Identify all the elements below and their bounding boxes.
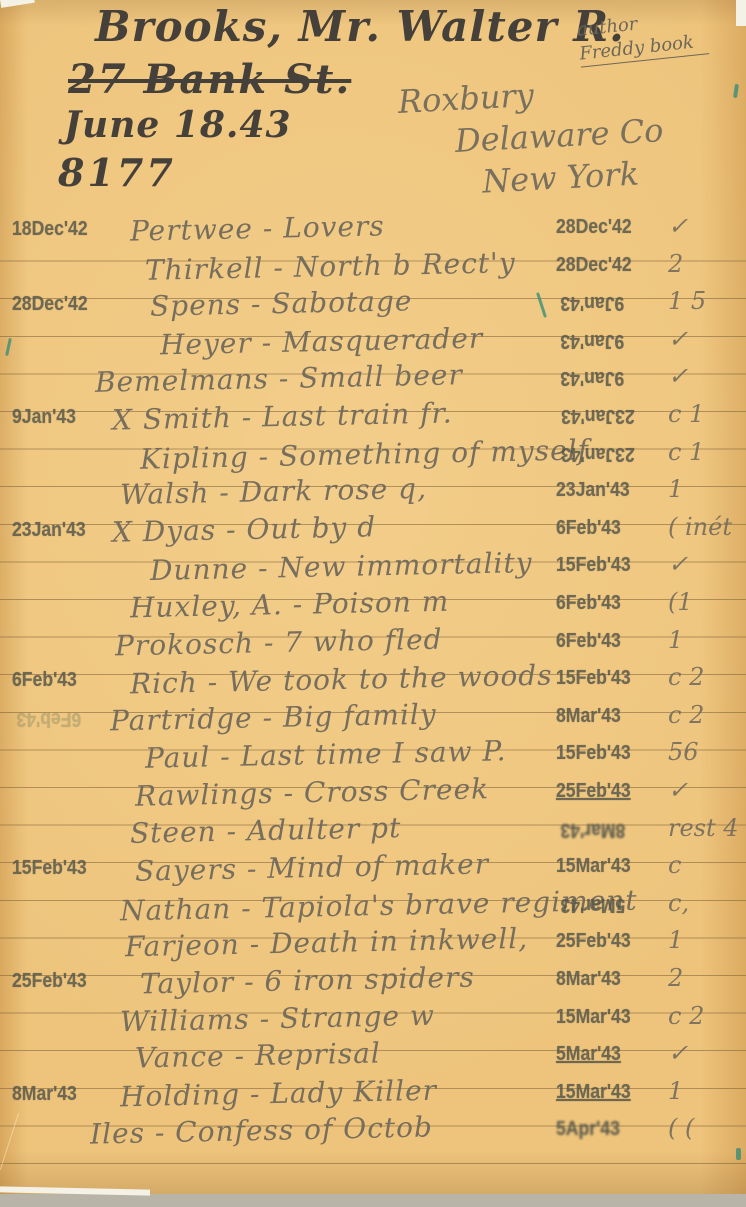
pencil-tick: c 2: [668, 663, 704, 691]
return-date-stamp: 15Mar'43: [556, 1081, 631, 1104]
loan-entry-text: Holding - Lady Killer: [120, 1073, 438, 1113]
checkout-date-stamp: 6Feb'43: [12, 669, 77, 692]
loan-entry-text: Taylor - 6 iron spiders: [140, 960, 475, 1000]
loan-entry-text: Huxley, A. - Poison m: [130, 585, 450, 625]
checkout-date-stamp: 25Feb'43: [12, 970, 87, 993]
return-date-stamp: 5Apr'43: [556, 1118, 620, 1141]
checkout-date-stamp: 6Feb'43: [16, 707, 81, 730]
return-date-stamp: 5Mar'43: [556, 1043, 621, 1066]
return-date-stamp: 15Feb'43: [556, 554, 631, 577]
return-date-stamp: 9Jan'43: [560, 329, 624, 352]
borrower-name: Brooks, Mr. Walter R.: [95, 2, 625, 51]
return-date-stamp: 8Mar'43: [556, 705, 621, 728]
return-date-stamp: 9Jan'43: [560, 291, 624, 314]
return-date-stamp: 6Feb'43: [556, 517, 621, 540]
loan-entry-text: Pertwee - Lovers: [130, 209, 385, 247]
loan-entry-text: Iles - Confess of Octob: [90, 1111, 434, 1151]
loan-entry-text: Farjeon - Death in inkwell,: [125, 922, 529, 963]
return-date-stamp: 5Mar'43: [560, 893, 625, 916]
loan-entry-text: Dunne - New immortality: [150, 546, 533, 587]
residence-state: New York: [481, 151, 666, 203]
pencil-tick: c 2: [668, 701, 704, 729]
return-date-stamp: 15Feb'43: [556, 742, 631, 765]
pencil-tick: 1: [668, 1077, 683, 1105]
card-number: 8177: [58, 150, 176, 195]
return-date-stamp: 23Jan'43: [561, 442, 635, 465]
pencil-tick: ✓: [668, 212, 688, 240]
checkout-date-stamp: 23Jan'43: [12, 519, 86, 542]
return-date-stamp: 9Jan'43: [560, 366, 624, 389]
library-borrower-card: Brooks, Mr. Walter R. author Freddy book…: [0, 0, 746, 1194]
pencil-tick: ( inét: [668, 513, 732, 541]
return-date-stamp: 15Mar'43: [556, 855, 631, 878]
checkout-date-stamp: 28Dec'42: [12, 293, 88, 316]
return-date-stamp: 25Feb'43: [556, 930, 631, 953]
green-ink-mark: [733, 84, 739, 98]
pencil-tick: ✓: [668, 325, 688, 353]
return-date-stamp: 28Dec'42: [556, 216, 632, 239]
pencil-tick: ( (: [668, 1114, 694, 1142]
loan-entry-text: Sayers - Mind of maker: [135, 847, 490, 887]
checkout-date-stamp: 15Feb'43: [12, 857, 87, 880]
pencil-tick: ✓: [668, 1039, 688, 1067]
pencil-tick: 2: [668, 250, 683, 278]
pencil-tick: ✓: [668, 550, 688, 578]
green-ink-mark: [736, 1148, 741, 1160]
loan-entry-text: Vance - Reprisal: [135, 1037, 381, 1075]
loan-entry-row: 9Jan'43 X Smith - Last train fr. 23Jan'4…: [0, 404, 746, 442]
loan-entry-text: Heyer - Masquerader: [160, 321, 484, 361]
loan-entry-text: X Smith - Last train fr.: [112, 396, 453, 436]
pencil-tick: ✓: [668, 362, 688, 390]
pencil-tick: 1: [668, 626, 683, 654]
loan-entry-text: Rawlings - Cross Creek: [135, 772, 490, 812]
loan-entry-text: Walsh - Dark rose q,: [120, 472, 428, 511]
pencil-tick: c: [668, 851, 681, 879]
checkout-date-stamp: 8Mar'43: [12, 1083, 77, 1106]
pencil-tick: 2: [668, 964, 683, 992]
loan-entry-text: Prokosch - 7 who fled: [115, 622, 443, 662]
scan-edge-bottom-left: [0, 1186, 150, 1194]
loan-entry-text: Bemelmans - Small beer: [95, 359, 463, 400]
loan-entry-text: X Dyas - Out by d: [112, 510, 377, 549]
scan-edge-top-right: [736, 0, 746, 26]
loan-entry-text: Steen - Adulter pt: [130, 811, 402, 850]
return-date-stamp: 23Jan'43: [561, 404, 635, 427]
borrower-address-struck: 27 Bank St.: [68, 56, 351, 103]
pencil-tick: (1: [668, 588, 693, 616]
return-date-stamp: 15Feb'43: [556, 667, 631, 690]
pencil-tick: 56: [668, 738, 699, 766]
residence-note: Roxbury Delaware Co New York: [397, 67, 667, 207]
membership-date: June 18.43: [64, 104, 292, 146]
return-date-stamp: 15Mar'43: [556, 1006, 631, 1029]
return-date-stamp: 23Jan'43: [556, 479, 630, 502]
pencil-tick: 1: [668, 926, 683, 954]
loan-entry-text: Williams - Strange w: [120, 998, 436, 1038]
return-date-stamp: 28Dec'42: [556, 254, 632, 277]
pencil-tick: ✓: [668, 776, 688, 804]
pencil-tick: 1: [668, 475, 683, 503]
pencil-tick: c 2: [668, 1002, 704, 1030]
loan-entry-row: Iles - Confess of Octob 5Apr'43 ( (: [0, 1118, 746, 1156]
pencil-tick: 1 5: [668, 287, 706, 315]
checkout-date-stamp: 9Jan'43: [12, 406, 76, 429]
loan-entry-text: Partridge - Big family: [110, 697, 437, 737]
loan-entry-text: Paul - Last time I saw P.: [145, 735, 507, 776]
loan-entry-text: Spens - Sabotage: [150, 284, 413, 322]
return-date-stamp: 8Mar'43: [560, 818, 625, 841]
pencil-tick: c,: [668, 889, 689, 917]
loan-entry-text: Thirkell - North b Rect'y: [145, 246, 516, 287]
pencil-tick: c 1: [668, 438, 704, 466]
return-date-stamp: 6Feb'43: [556, 630, 621, 653]
pencil-tick: rest 4: [668, 814, 739, 842]
return-date-stamp: 8Mar'43: [556, 968, 621, 991]
scan-edge-top-left: [0, 0, 35, 8]
return-date-stamp: 25Feb'43: [556, 780, 631, 803]
checkout-date-stamp: 18Dec'42: [12, 218, 88, 241]
pencil-tick: c 1: [668, 400, 704, 428]
return-date-stamp: 6Feb'43: [556, 592, 621, 615]
